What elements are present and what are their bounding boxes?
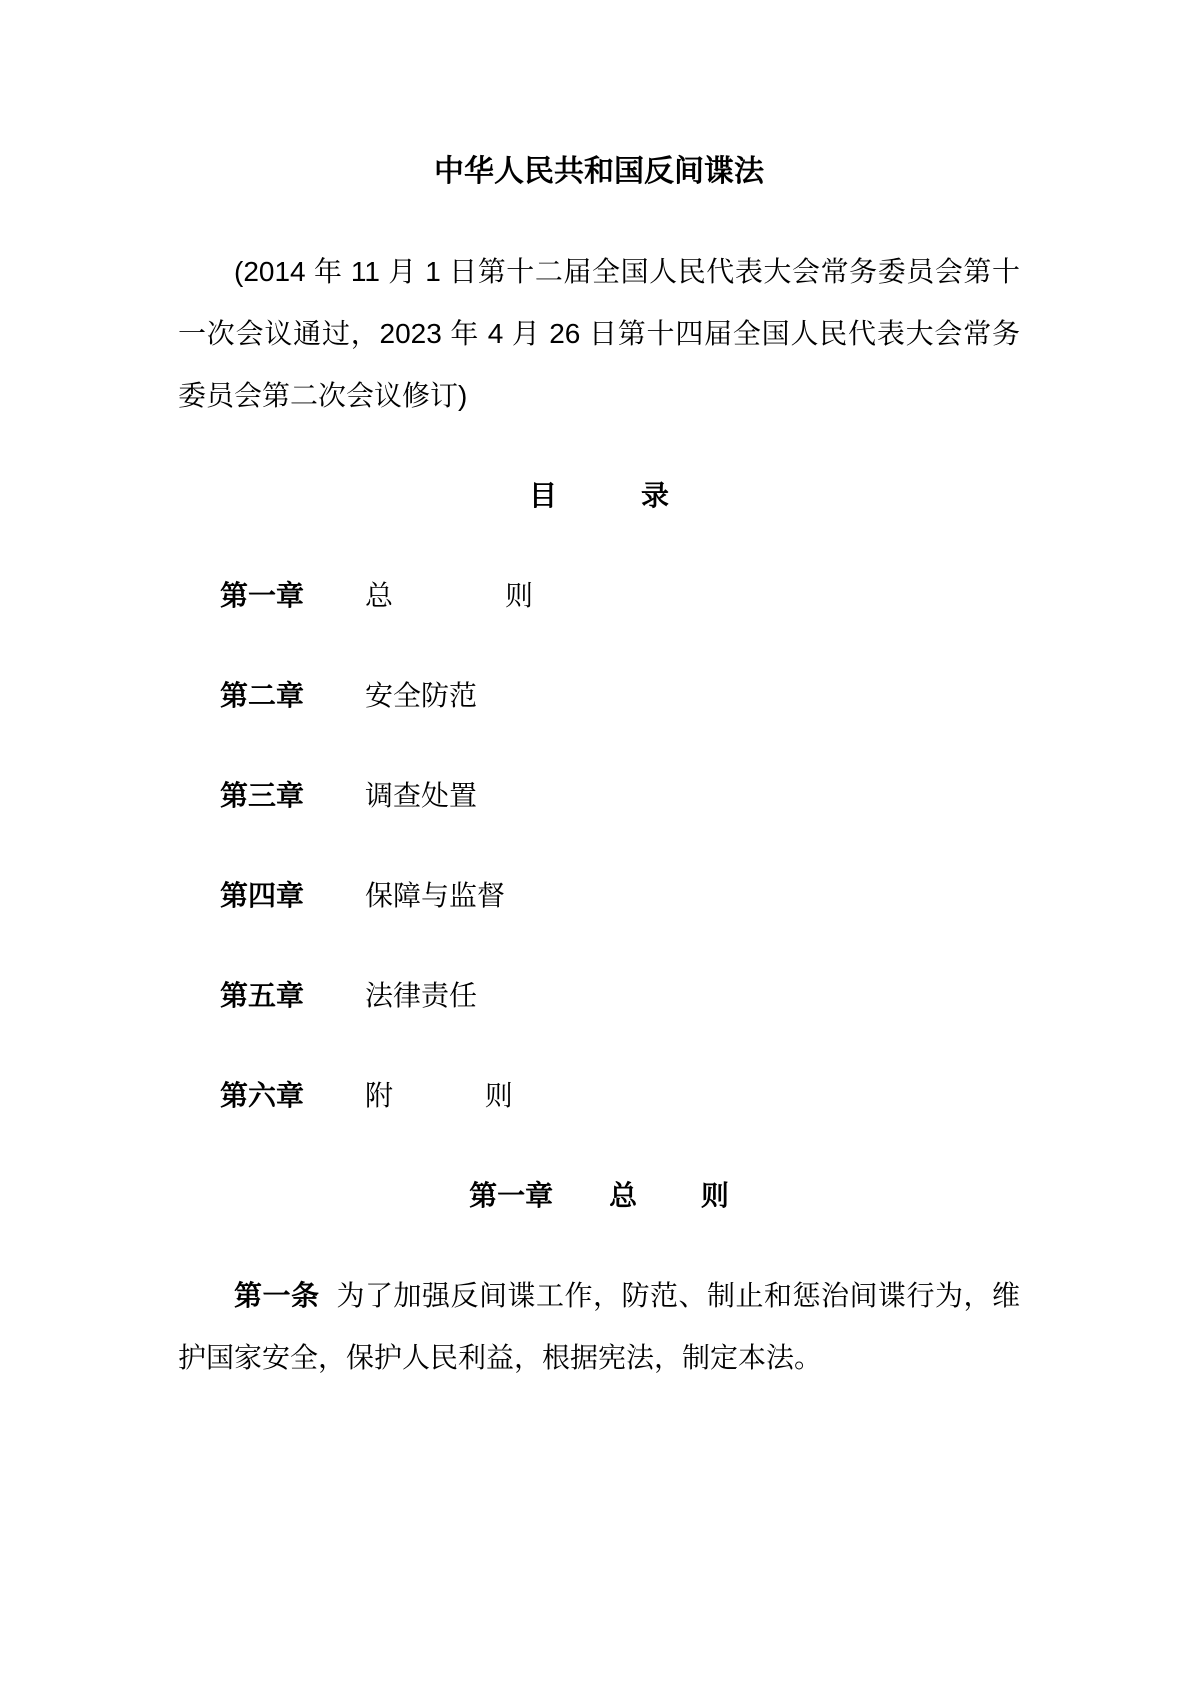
toc-chapter-label: 第四章 bbox=[220, 880, 304, 911]
preamble-paragraph: (2014 年 11 月 1 日第十二届全国人民代表大会常务委员会第十一次会议通… bbox=[178, 241, 1020, 427]
toc-entry-chapter-1: 第一章总 则 bbox=[220, 565, 1020, 627]
toc-chapter-label: 第三章 bbox=[220, 780, 304, 811]
toc-chapter-title: 附 则 bbox=[365, 1080, 513, 1111]
toc-chapter-label: 第二章 bbox=[220, 680, 304, 711]
toc-chapter-title: 法律责任 bbox=[365, 980, 477, 1011]
toc-entry-chapter-5: 第五章法律责任 bbox=[220, 965, 1020, 1027]
toc-entry-chapter-4: 第四章保障与监督 bbox=[220, 865, 1020, 927]
toc-chapter-label: 第六章 bbox=[220, 1080, 304, 1111]
article-number-label: 第一条 bbox=[234, 1280, 320, 1311]
article-1-paragraph: 第一条为了加强反间谍工作，防范、制止和惩治间谍行为，维护国家安全，保护人民利益，… bbox=[178, 1265, 1020, 1389]
toc-entry-chapter-6: 第六章附 则 bbox=[220, 1065, 1020, 1127]
toc-chapter-title: 安全防范 bbox=[365, 680, 477, 711]
toc-chapter-label: 第五章 bbox=[220, 980, 304, 1011]
document-title: 中华人民共和国反间谍法 bbox=[178, 141, 1020, 203]
toc-chapter-title: 保障与监督 bbox=[365, 880, 505, 911]
toc-chapter-title: 总 则 bbox=[365, 580, 533, 611]
toc-entry-chapter-2: 第二章安全防范 bbox=[220, 665, 1020, 727]
toc-chapter-label: 第一章 bbox=[220, 580, 304, 611]
document-page: 中华人民共和国反间谍法 (2014 年 11 月 1 日第十二届全国人民代表大会… bbox=[0, 0, 1191, 1684]
chapter-1-heading: 第一章 总 则 bbox=[178, 1165, 1020, 1227]
toc-entry-chapter-3: 第三章调查处置 bbox=[220, 765, 1020, 827]
toc-chapter-title: 调查处置 bbox=[365, 780, 477, 811]
toc-heading: 目 录 bbox=[178, 465, 1020, 527]
